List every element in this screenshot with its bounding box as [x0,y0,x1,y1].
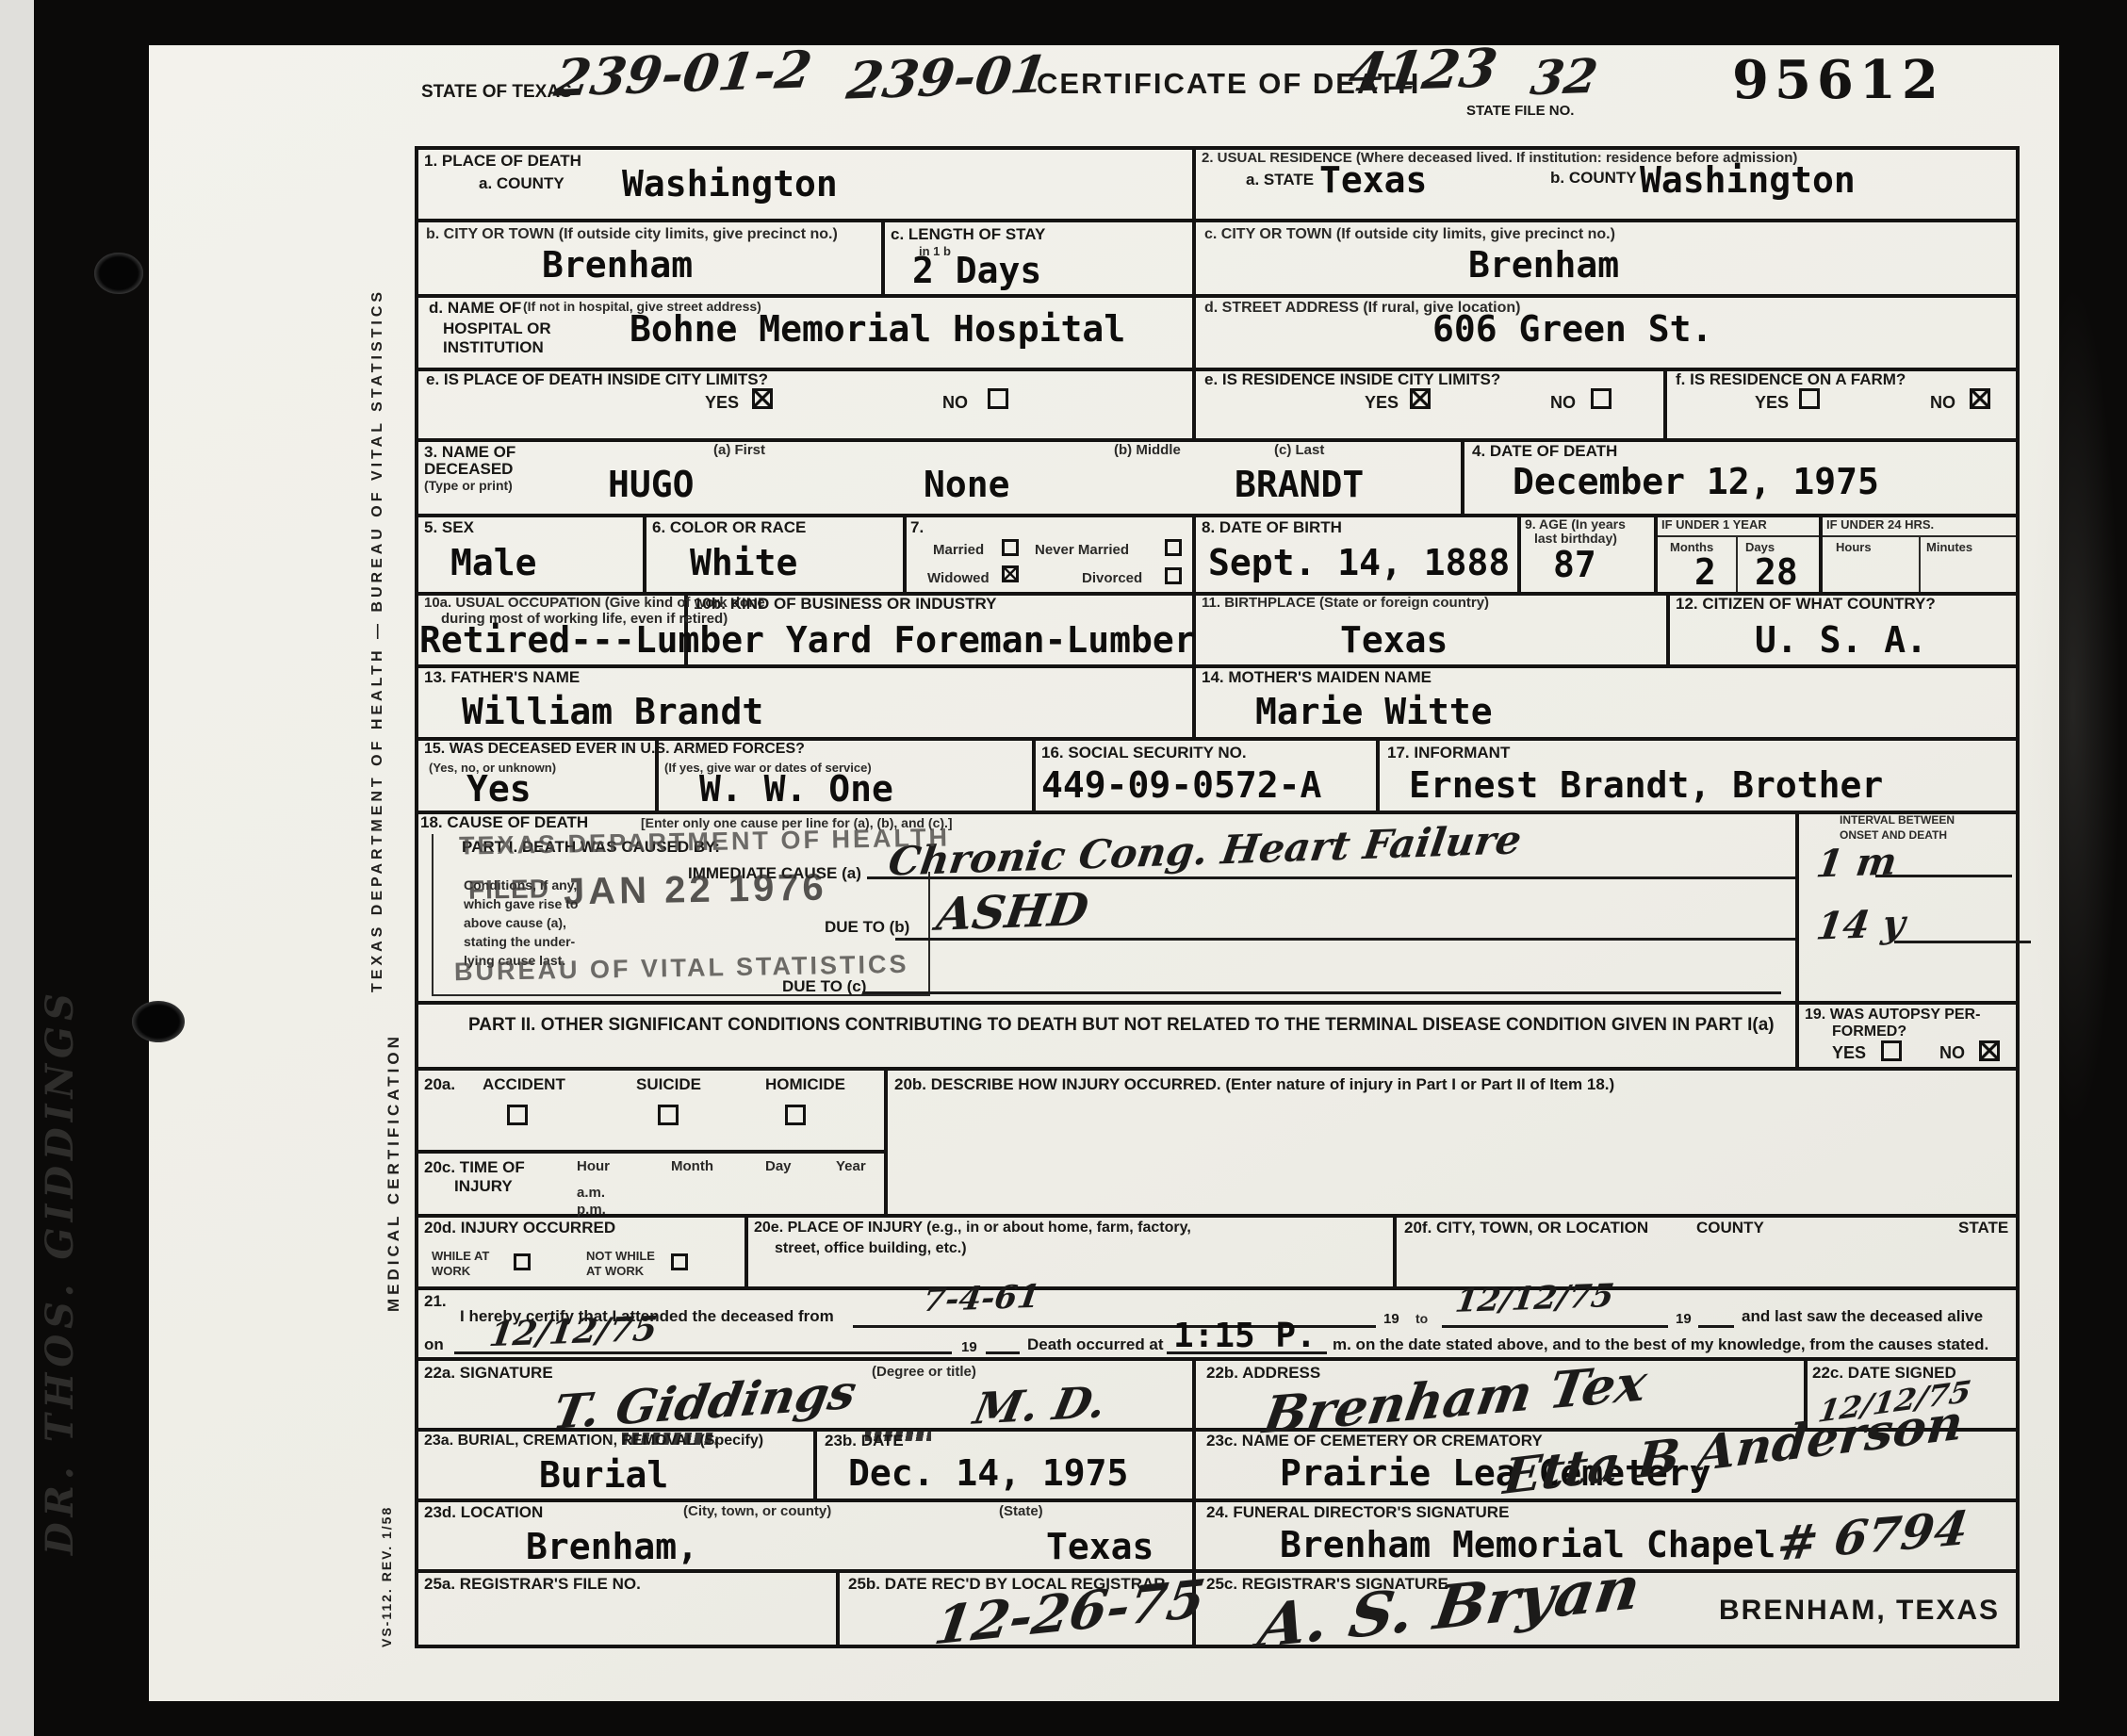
checkbox-never-married [1165,539,1182,556]
middle-name-label: (b) Middle [1114,443,1181,459]
handwritten-code-1: 239-01-2 [551,39,816,107]
grid-line [1032,737,1036,811]
handwritten-code-2: 239-01 [843,43,1051,110]
grid-line [881,219,885,294]
checkbox-autopsy-yes [1881,1040,1902,1061]
grid-line [903,514,907,592]
state-label: STATE OF TEXAS [421,83,572,103]
burial-state-sublabel: (State) [999,1504,1043,1520]
date-of-death-value: December 12, 1975 [1513,464,1879,500]
checkbox-death-limits-yes [752,388,773,409]
am-label: a.m. [577,1186,605,1202]
while-at-work-label-1: WHILE AT [432,1250,489,1263]
residence-county-value: Washington [1640,162,1856,198]
blank-line [1698,1325,1734,1328]
grid-line [415,146,418,1648]
hospital-name-label: d. NAME OF [429,300,521,318]
grid-line [1663,368,1667,438]
burial-city-value: Brenham, [526,1529,698,1564]
days-value: 28 [1755,554,1798,590]
death-city-limits-label: e. IS PLACE OF DEATH INSIDE CITY LIMITS? [426,371,768,389]
date-of-birth-label: 8. DATE OF BIRTH [1202,519,1342,537]
ssn-value: 449-09-0572-A [1041,767,1321,803]
physician-signature-label: 22a. SIGNATURE [424,1365,553,1383]
residence-limits-yes-label: YES [1365,394,1399,413]
grid-line [415,294,2020,298]
grid-line [415,811,2020,814]
month-label: Month [671,1159,713,1175]
armed-forces-value: Yes [466,771,532,807]
handwritten-file-2: 32 [1528,48,1601,106]
minutes-label: Minutes [1926,541,1972,554]
city-of-death-value: Brenham [542,247,693,283]
informant-label: 17. INFORMANT [1387,745,1510,762]
grid-line [884,1067,888,1214]
first-name-label: (a) First [713,443,765,459]
married-label: Married [933,543,984,559]
race-label: 6. COLOR OR RACE [652,519,806,537]
war-service-value: W. W. One [699,771,893,807]
vertical-medical-label: MEDICAL CERTIFICATION [384,1020,403,1312]
not-while-at-work-label-2: AT WORK [586,1265,644,1278]
physician-address-label: 22b. ADDRESS [1206,1365,1320,1383]
blank-line [1167,1351,1327,1354]
name-of-deceased-title-2: DECEASED [424,461,513,479]
funeral-director-label: 24. FUNERAL DIRECTOR'S SIGNATURE [1206,1504,1509,1522]
length-of-stay-label: c. LENGTH OF STAY [891,226,1045,244]
sex-label: 5. SEX [424,519,474,537]
blank-line [986,1351,1020,1354]
handwritten-file-1: 4123 [1345,37,1501,104]
year-label: Year [836,1159,866,1175]
date-of-birth-value: Sept. 14, 1888 [1208,545,1510,581]
death-certificate-scan: STATE OF TEXAS 239-01-2 239-01 CERTIFICA… [0,0,2127,1736]
divorced-label: Divorced [1082,571,1142,587]
physician-degree-handwritten: M. D. [970,1376,1110,1433]
hospital-name-label-2: HOSPITAL OR [443,320,551,338]
checkbox-homicide [785,1105,806,1125]
grid-line [415,1150,884,1154]
blank-line [895,938,1795,941]
grid-line [1461,438,1464,514]
grid-line [1654,535,2020,537]
checkbox-widowed [1002,565,1019,582]
checkbox-accident [507,1105,528,1125]
marital-status-label: 7. [910,519,924,537]
first-name-value: HUGO [608,467,695,502]
grid-line [415,1286,2020,1290]
grid-line [415,438,2020,442]
certify-year-3: 19 [961,1340,977,1356]
grid-line [2016,146,2020,1648]
autopsy-label-1: 19. WAS AUTOPSY PER- [1805,1007,1980,1024]
hours-label: Hours [1836,541,1872,554]
residence-state-value: Texas [1319,162,1427,198]
age-value: 87 [1553,547,1596,582]
checkbox-death-limits-no [988,388,1008,409]
grid-line [415,1001,2020,1005]
grid-line [744,1214,748,1286]
certify-text-3: Death occurred at [1027,1336,1164,1354]
residence-farm-label: f. IS RESIDENCE ON A FARM? [1676,371,1906,389]
county-of-death-label: a. COUNTY [479,175,564,193]
grid-line [432,834,434,996]
hospital-name-value: Bohne Memorial Hospital [630,311,1125,347]
checkbox-divorced [1165,567,1182,584]
checkbox-residence-limits-yes [1410,388,1431,409]
time-of-death-value: 1:15 P. [1173,1319,1317,1353]
date-of-death-label: 4. DATE OF DEATH [1472,443,1617,461]
grid-line [415,1214,2020,1218]
vertical-dept-label: TEXAS DEPARTMENT OF HEALTH — BUREAU OF V… [369,253,386,992]
industry-label: 10b. KIND OF BUSINESS OR INDUSTRY [694,596,996,614]
burial-location-label: 23d. LOCATION [424,1504,543,1522]
due-to-b-label: DUE TO (b) [825,919,909,937]
death-limits-yes-label: YES [705,394,739,413]
place-of-injury-label-1: 20e. PLACE OF INJURY (e.g., in or about … [754,1220,1191,1236]
attended-from-handwritten: 7-4-61 [921,1278,1042,1319]
hour-label: Hour [577,1159,610,1175]
suicide-label: SUICIDE [636,1076,701,1094]
film-edge-strip [0,0,34,1736]
if-under-24-hrs-label: IF UNDER 24 HRS. [1826,518,1934,532]
grid-line [415,1067,2020,1071]
sex-value: Male [450,545,537,581]
middle-name-value: None [924,467,1010,502]
hospital-name-label-3: INSTITUTION [443,339,544,357]
checkbox-farm-no [1970,388,1990,409]
occupation-value: Retired---Lumber Yard Foreman-Lumber [419,622,1196,658]
not-while-at-work-label-1: NOT WHILE [586,1250,655,1263]
type-or-print-label: (Type or print) [424,479,513,493]
residence-limits-no-label: NO [1550,394,1576,413]
certify-text-4: m. on the date stated above, and to the … [1333,1336,1988,1354]
never-married-label: Never Married [1035,543,1129,559]
grid-line [415,219,2020,222]
residence-city-value: Brenham [1468,247,1619,283]
pen-scribble [865,1429,931,1441]
grid-line [1654,514,1658,592]
last-name-label: (c) Last [1274,443,1324,459]
citizen-value: U. S. A. [1755,622,1927,658]
residence-state-label: a. STATE [1246,172,1314,189]
autopsy-yes-label: YES [1832,1044,1866,1063]
grid-line [1819,514,1823,592]
father-name-label: 13. FATHER'S NAME [424,669,580,687]
due-to-b-handwritten: ASHD [934,883,1092,942]
hole-punch [94,253,143,294]
pen-scribble [622,1433,716,1445]
length-of-stay-value: 2 Days [912,253,1041,288]
homicide-label: HOMICIDE [765,1076,845,1094]
checkbox-while-at-work [514,1253,531,1270]
mother-name-value: Marie Witte [1255,694,1493,729]
blank-line [867,876,1795,879]
ssn-label: 16. SOCIAL SECURITY NO. [1041,745,1247,762]
handwritten-doctor-name: DR. THOS. GIDDINGS [38,971,82,1555]
interval-a-handwritten: 1 m [1813,840,1899,887]
certify-year-1: 19 [1383,1312,1399,1328]
autopsy-no-label: NO [1939,1044,1965,1063]
part2-label: PART II. OTHER SIGNIFICANT CONDITIONS CO… [468,1016,1775,1036]
months-value: 2 [1694,554,1716,590]
stamp-filed: FILED [468,874,549,905]
grid-line [928,872,930,996]
checkbox-not-while-at-work [671,1253,688,1270]
time-of-injury-label-2: INJURY [454,1178,513,1196]
farm-yes-label: YES [1755,394,1789,413]
autopsy-label-2: FORMED? [1832,1024,1906,1040]
last-seen-date-handwritten: 12/12/75 [487,1309,661,1354]
place-of-injury-label-2: street, office building, etc.) [775,1240,967,1257]
grid-line [1919,537,1921,592]
interval-header-1: INTERVAL BETWEEN [1840,814,1955,827]
farm-no-label: NO [1930,394,1955,413]
grid-line [1192,146,1196,438]
blank-line [454,1351,952,1354]
cemetery-label: 23c. NAME OF CEMETERY OR CREMATORY [1206,1433,1543,1450]
grid-line [1393,1214,1397,1286]
blank-line [1442,1325,1668,1328]
county-of-death-value: Washington [622,166,838,202]
day-label: Day [765,1159,792,1175]
injury-20b-label: 20b. DESCRIBE HOW INJURY OCCURRED. (Ente… [894,1076,1614,1094]
pm-label: p.m. [577,1203,606,1219]
burial-type-value: Burial [539,1457,668,1493]
grid-line [836,1569,840,1645]
funeral-home-value: Brenham Memorial Chapel [1280,1527,1775,1563]
burial-city-sublabel: (City, town, or county) [683,1504,831,1520]
certify-on-label: on [424,1336,444,1354]
grid-line [1795,811,1799,1067]
grid-line [813,1428,817,1499]
burial-date-value: Dec. 14, 1975 [848,1455,1128,1491]
grid-line [415,1357,2020,1361]
attended-to-handwritten: 12/12/75 [1453,1277,1616,1320]
citizen-label: 12. CITIZEN OF WHAT COUNTRY? [1676,596,1936,614]
certify-to-label: to [1415,1312,1428,1326]
street-address-value: 606 Green St. [1432,311,1712,347]
residence-city-label: c. CITY OR TOWN (If outside city limits,… [1204,226,1615,243]
grid-line [415,1499,2020,1502]
grid-line [1376,737,1380,811]
certify-year-2: 19 [1676,1312,1692,1328]
birthplace-label: 11. BIRTHPLACE (State or foreign country… [1202,596,1489,612]
injury-city-label: 20f. CITY, TOWN, OR LOCATION [1404,1220,1648,1237]
injury-20a-label: 20a. [424,1076,455,1094]
hole-punch [132,1001,185,1042]
time-of-injury-label-1: 20c. TIME OF [424,1159,525,1177]
checkbox-residence-limits-no [1591,388,1612,409]
city-of-death-label: b. CITY OR TOWN (If outside city limits,… [426,226,838,243]
checkbox-married [1002,539,1019,556]
degree-or-title-label: (Degree or title) [872,1365,976,1381]
grid-line [643,514,646,592]
checkbox-farm-yes [1799,388,1820,409]
residence-county-label: b. COUNTY [1550,170,1637,188]
grid-line [415,514,2020,517]
grid-line [1736,537,1738,592]
place-of-death-title: 1. PLACE OF DEATH [424,153,581,171]
grid-line [1666,592,1670,664]
state-file-number: 95612 [1732,49,1944,111]
state-file-no-label: STATE FILE NO. [1466,104,1574,120]
grid-line [1517,514,1521,592]
while-at-work-label-2: WORK [432,1265,470,1278]
residence-city-limits-label: e. IS RESIDENCE INSIDE CITY LIMITS? [1204,371,1500,389]
stamp-date: JAN 22 1976 [564,867,827,914]
handwriting-dash [1875,875,2012,877]
grid-line [415,1645,2020,1648]
burial-state-value: Texas [1046,1529,1153,1564]
last-name-value: BRANDT [1235,467,1364,502]
father-name-value: William Brandt [462,694,763,729]
birthplace-value: Texas [1340,622,1448,658]
widowed-label: Widowed [927,571,990,587]
injury-county-label: COUNTY [1696,1220,1764,1237]
injury-occurred-label: 20d. INJURY OCCURRED [424,1220,615,1237]
armed-forces-label: 15. WAS DECEASED EVER IN U.S. ARMED FORC… [424,741,805,758]
certify-text-2: and last saw the deceased alive [1742,1308,1983,1326]
if-under-1-year-label: IF UNDER 1 YEAR [1661,518,1767,532]
death-limits-no-label: NO [942,394,968,413]
informant-value: Ernest Brandt, Brother [1409,767,1883,803]
registrar-file-no-label: 25a. REGISTRAR'S FILE NO. [424,1576,641,1594]
registrar-place-label: BRENHAM, TEXAS [1719,1595,2000,1626]
conditions-note-4: stating the under- [464,935,575,949]
injury-state-label: STATE [1958,1220,2008,1237]
scan-smudge [2026,283,2120,1131]
race-value: White [690,545,797,581]
certify-item-number: 21. [424,1293,447,1311]
blank-line [862,991,1781,994]
vertical-form-number: VS-112. REV. 1/58 [379,1459,394,1647]
conditions-note-3: above cause (a), [464,916,566,930]
handwriting-dash [1894,941,2031,943]
name-of-deceased-title: 3. NAME OF [424,444,515,462]
mother-name-label: 14. MOTHER'S MAIDEN NAME [1202,669,1432,687]
checkbox-suicide [658,1105,679,1125]
checkbox-autopsy-no [1979,1040,2000,1061]
accident-label: ACCIDENT [483,1076,565,1094]
